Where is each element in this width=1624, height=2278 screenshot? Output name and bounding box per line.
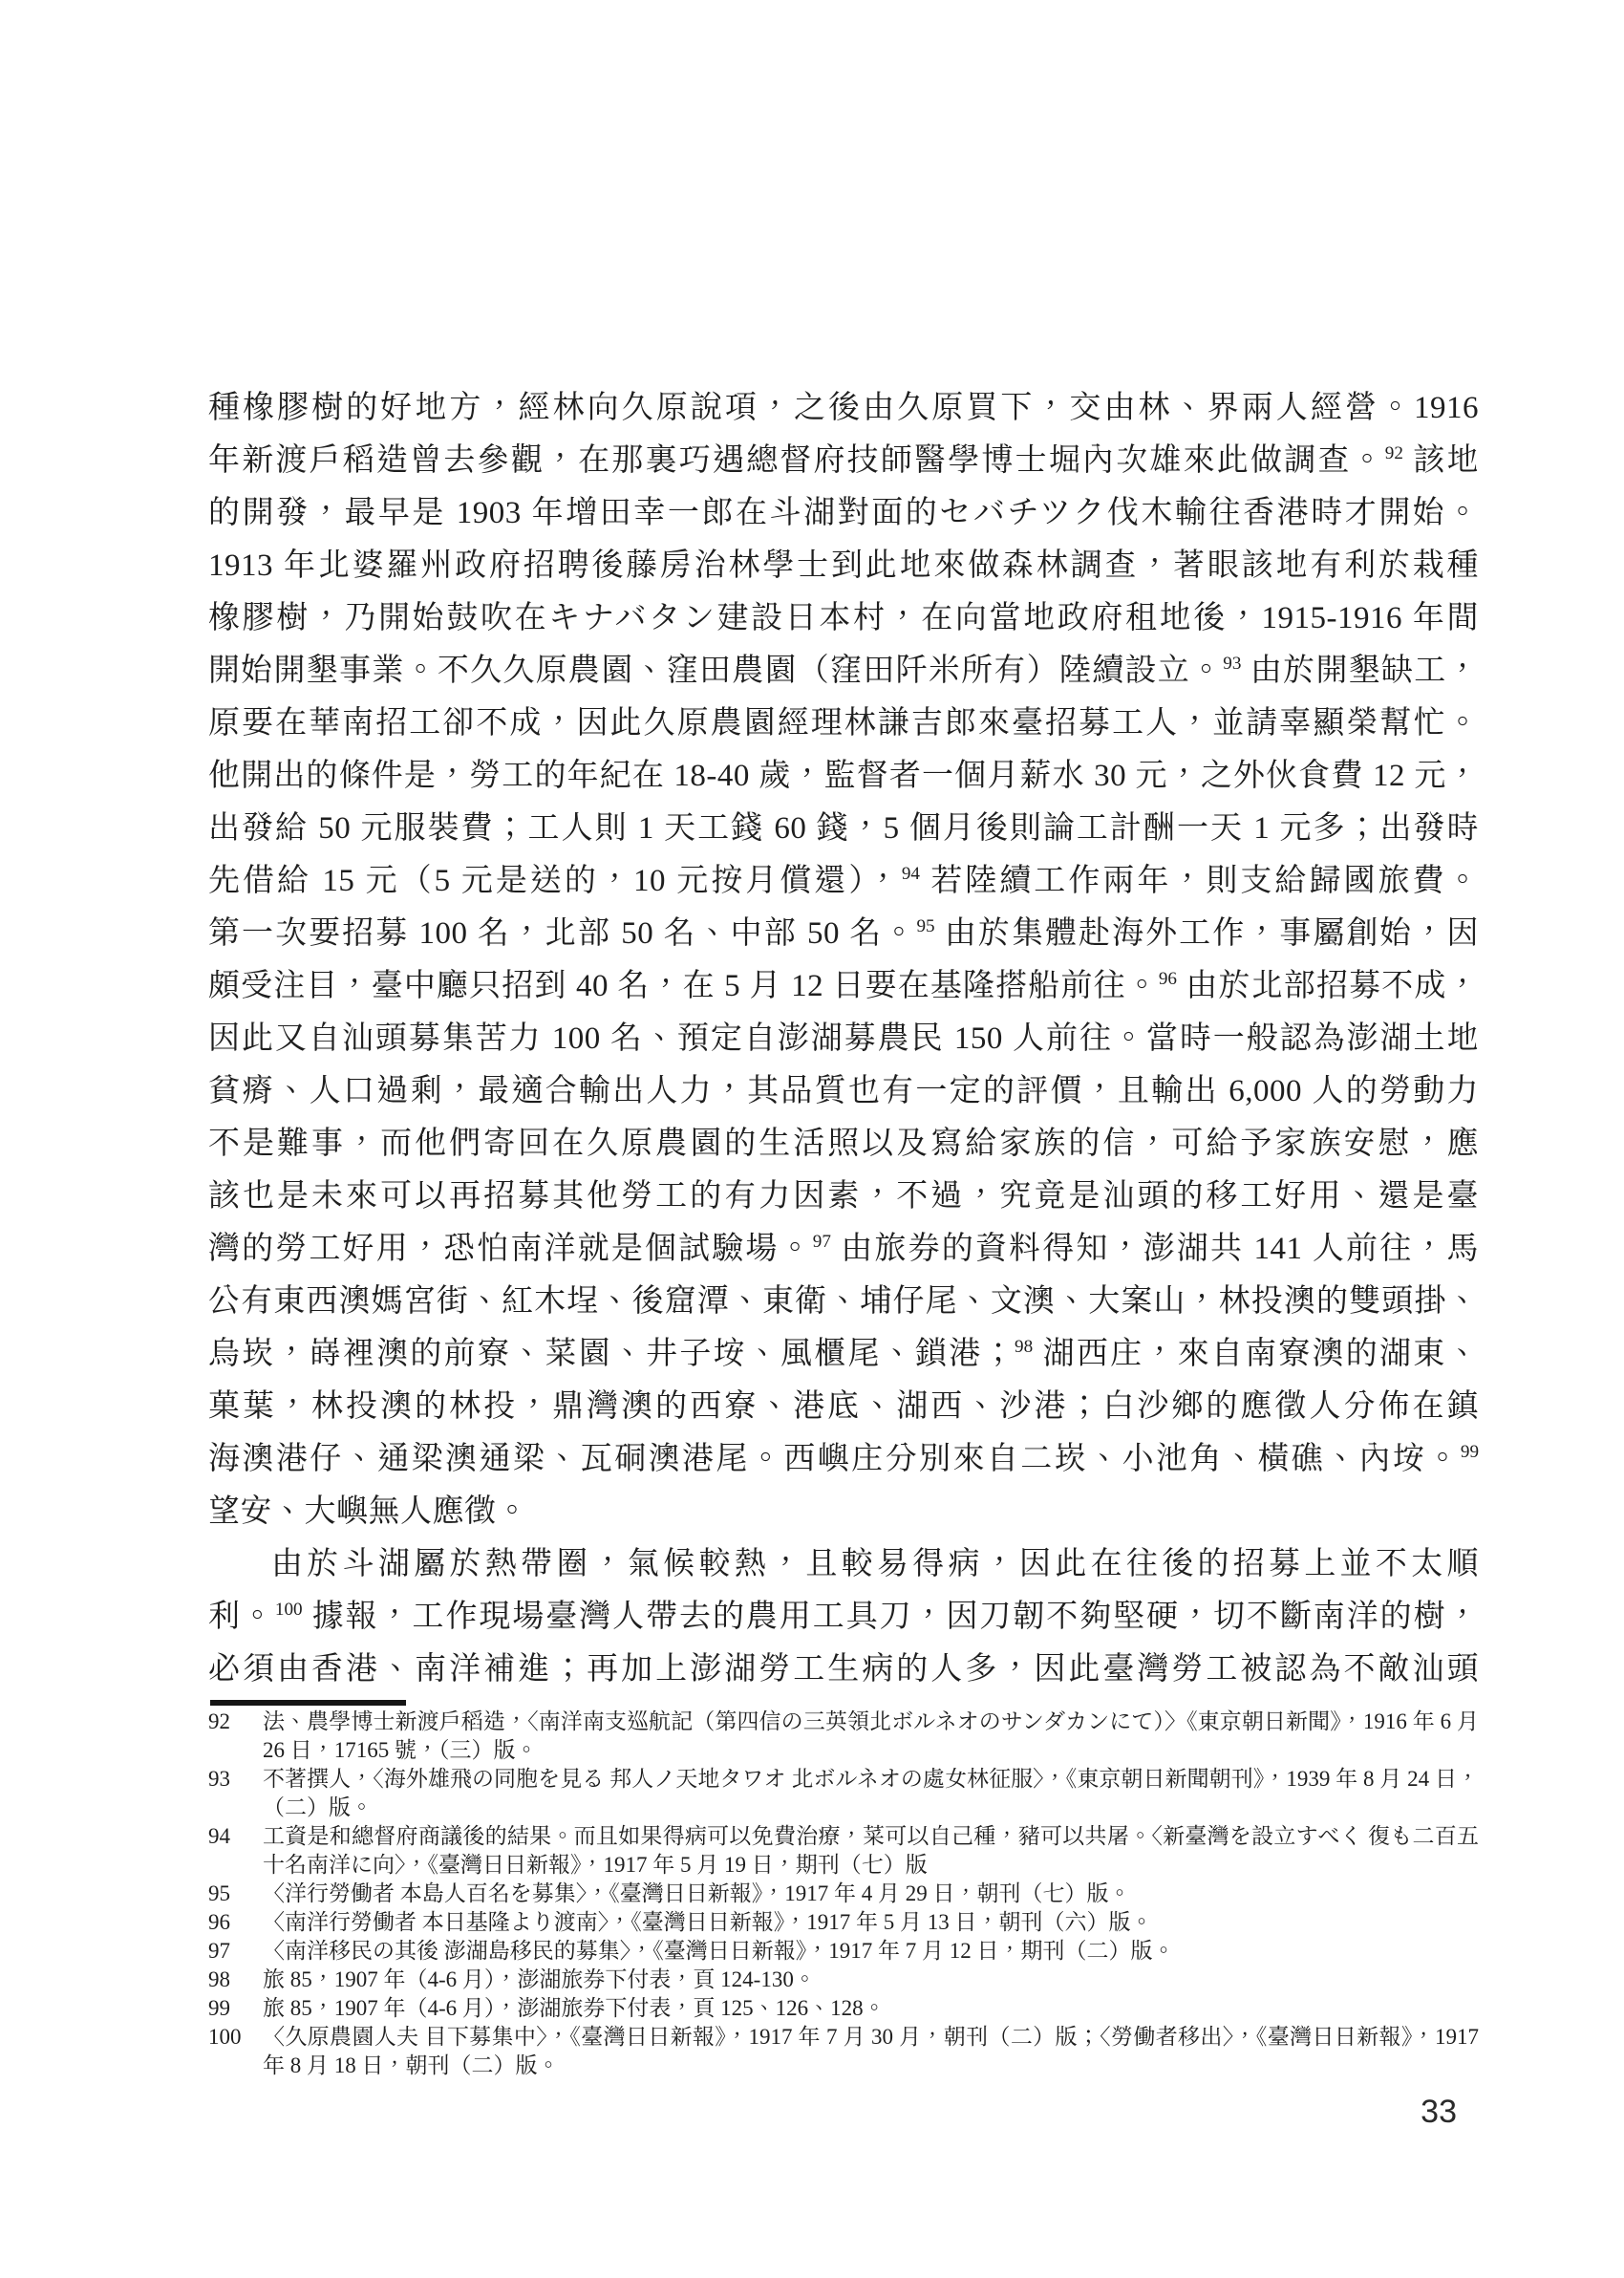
footnote-number: 97 bbox=[208, 1937, 256, 1966]
footnote-number: 92 bbox=[208, 1708, 256, 1736]
footnotes: 92法、農學博士新渡戶稻造，〈南洋南支巡航記（第四信の三英領北ボルネオのサンダカ… bbox=[208, 1708, 1479, 2080]
footnote-separator bbox=[210, 1700, 406, 1706]
text-line: 的開發，最早是 1903 年增田幸一郎在斗湖對面的セバチツク伐木輸往香港時才開始… bbox=[208, 487, 1479, 540]
text-line: 1913 年北婆羅州政府招聘後藤房治林學士到此地來做森林調查，著眼該地有利於栽種 bbox=[208, 540, 1479, 592]
text-line: 因此又自汕頭募集苦力 100 名、預定自澎湖募農民 150 人前往。當時一般認為… bbox=[208, 1013, 1479, 1065]
footnote-item: 100〈久原農園人夫 目下募集中〉，《臺灣日日新報》，1917 年 7 月 30… bbox=[208, 2023, 1479, 2080]
footnote-reference: 96 bbox=[1159, 969, 1177, 989]
text-line: 利。100 據報，工作現場臺灣人帶去的農用工具刀，因刀韌不夠堅硬，切不斷南洋的樹… bbox=[208, 1591, 1479, 1644]
footnote-reference: 99 bbox=[1461, 1442, 1479, 1462]
footnote-item: 97〈南洋移民の其後 澎湖島移民的募集〉，《臺灣日日新報》，1917 年 7 月… bbox=[208, 1937, 1479, 1966]
footnote-reference: 98 bbox=[1015, 1337, 1033, 1357]
footnote-text: 工資是和總督府商議後的結果。而且如果得病可以免費治療，菜可以自己種，豬可以共屠。… bbox=[263, 1824, 1479, 1877]
footnote-text: 法、農學博士新渡戶稻造，〈南洋南支巡航記（第四信の三英領北ボルネオのサンダカンに… bbox=[263, 1709, 1479, 1762]
footnote-item: 92法、農學博士新渡戶稻造，〈南洋南支巡航記（第四信の三英領北ボルネオのサンダカ… bbox=[208, 1708, 1479, 1765]
text-line: 先借給 15 元（5 元是送的，10 元按月償還），94 若陸續工作兩年，則支給… bbox=[208, 855, 1479, 908]
footnote-text: 〈南洋行勞働者 本日基隆より渡南〉，《臺灣日日新報》，1917 年 5 月 13… bbox=[263, 1910, 1153, 1934]
text-line: 原要在華南招工卻不成，因此久原農園經理林謙吉郎來臺招募工人，並請辜顯榮幫忙。 bbox=[208, 698, 1479, 750]
text-line: 橡膠樹，乃開始鼓吹在キナバタン建設日本村，在向當地政府租地後，1915-1916… bbox=[208, 592, 1479, 645]
footnote-item: 99旅 85，1907 年（4-6 月），澎湖旅券下付表，頁 125、126、1… bbox=[208, 1994, 1479, 2023]
paragraph: 由於斗湖屬於熱帶圈，氣候較熱，且較易得病，因此在往後的招募上並不太順利。100 … bbox=[208, 1538, 1479, 1696]
footnote-text: 〈洋行勞働者 本島人百名を募集〉，《臺灣日日新報》，1917 年 4 月 29 … bbox=[263, 1881, 1131, 1905]
footnote-reference: 95 bbox=[916, 916, 934, 936]
footnote-item: 95〈洋行勞働者 本島人百名を募集〉，《臺灣日日新報》，1917 年 4 月 2… bbox=[208, 1880, 1479, 1908]
body-text: 種橡膠樹的好地方，經林向久原說項，之後由久原買下，交由林、界兩人經營。1916年… bbox=[208, 382, 1479, 1696]
text-line: 他開出的條件是，勞工的年紀在 18-40 歲，監督者一個月薪水 30 元，之外伙… bbox=[208, 750, 1479, 803]
text-line: 第一次要招募 100 名，北部 50 名、中部 50 名。95 由於集體赴海外工… bbox=[208, 908, 1479, 960]
footnote-item: 94工資是和總督府商議後的結果。而且如果得病可以免費治療，菜可以自己種，豬可以共… bbox=[208, 1822, 1479, 1880]
text-line: 必須由香港、南洋補進；再加上澎湖勞工生病的人多，因此臺灣勞工被認為不敵汕頭 bbox=[208, 1644, 1479, 1696]
text-line: 不是難事，而他們寄回在久原農園的生活照以及寫給家族的信，可給予家族安慰，應 bbox=[208, 1118, 1479, 1171]
text-line: 出發給 50 元服裝費；工人則 1 天工錢 60 錢，5 個月後則論工計酬一天 … bbox=[208, 803, 1479, 855]
text-line: 海澳港仔、通梁澳通梁、瓦硐澳港尾。西嶼庄分別來自二崁、小池角、橫礁、內垵。99 bbox=[208, 1433, 1479, 1486]
footnote-number: 96 bbox=[208, 1908, 256, 1937]
text-line: 望安、大嶼無人應徵。 bbox=[208, 1486, 1479, 1538]
text-line: 菓葉，林投澳的林投，鼎灣澳的西寮、港底、湖西、沙港；白沙鄉的應徵人分佈在鎮 bbox=[208, 1381, 1479, 1433]
footnote-item: 96〈南洋行勞働者 本日基隆より渡南〉，《臺灣日日新報》，1917 年 5 月 … bbox=[208, 1908, 1479, 1937]
footnote-reference: 100 bbox=[275, 1600, 303, 1620]
text-line: 由於斗湖屬於熱帶圈，氣候較熱，且較易得病，因此在往後的招募上並不太順 bbox=[208, 1538, 1479, 1591]
page-number: 33 bbox=[1421, 2095, 1457, 2129]
text-line: 種橡膠樹的好地方，經林向久原說項，之後由久原買下，交由林、界兩人經營。1916 bbox=[208, 382, 1479, 435]
footnote-text: 〈久原農園人夫 目下募集中〉，《臺灣日日新報》，1917 年 7 月 30 月，… bbox=[263, 2025, 1479, 2077]
footnote-number: 94 bbox=[208, 1822, 256, 1851]
footnote-number: 100 bbox=[208, 2023, 256, 2052]
footnote-text: 〈南洋移民の其後 澎湖島移民的募集〉，《臺灣日日新報》，1917 年 7 月 1… bbox=[263, 1939, 1175, 1963]
footnote-reference: 93 bbox=[1223, 654, 1241, 674]
text-line: 年新渡戶稻造曾去參觀，在那裏巧遇總督府技師醫學博士堀內次雄來此做調查。92 該地 bbox=[208, 435, 1479, 487]
footnote-reference: 97 bbox=[813, 1232, 831, 1252]
text-line: 烏崁，嵵裡澳的前寮、菜園、井子垵、風櫃尾、鎖港；98 湖西庄，來自南寮澳的湖東、 bbox=[208, 1328, 1479, 1381]
paragraph: 種橡膠樹的好地方，經林向久原說項，之後由久原買下，交由林、界兩人經營。1916年… bbox=[208, 382, 1479, 1538]
footnote-item: 98旅 85，1907 年（4-6 月），澎湖旅券下付表，頁 124-130。 bbox=[208, 1966, 1479, 1994]
text-line: 灣的勞工好用，恐怕南洋就是個試驗場。97 由旅券的資料得知，澎湖共 141 人前… bbox=[208, 1223, 1479, 1276]
footnote-text: 旅 85，1907 年（4-6 月），澎湖旅券下付表，頁 125、126、128… bbox=[263, 1996, 886, 2020]
text-line: 開始開墾事業。不久久原農園、窪田農園（窪田阡米所有）陸續設立。93 由於開墾缺工… bbox=[208, 645, 1479, 698]
footnote-number: 99 bbox=[208, 1994, 256, 2023]
footnote-reference: 94 bbox=[902, 864, 920, 884]
footnote-number: 95 bbox=[208, 1880, 256, 1908]
footnote-item: 93不著撰人，〈海外雄飛の同胞を見る 邦人ノ天地タワオ 北ボルネオの處女林征服〉… bbox=[208, 1765, 1479, 1822]
footnote-text: 旅 85，1907 年（4-6 月），澎湖旅券下付表，頁 124-130。 bbox=[263, 1967, 816, 1991]
footnote-number: 98 bbox=[208, 1966, 256, 1994]
text-line: 頗受注目，臺中廳只招到 40 名，在 5 月 12 日要在基隆搭船前往。96 由… bbox=[208, 960, 1479, 1013]
footnote-number: 93 bbox=[208, 1765, 256, 1794]
footnote-reference: 92 bbox=[1385, 443, 1403, 463]
footnote-text: 不著撰人，〈海外雄飛の同胞を見る 邦人ノ天地タワオ 北ボルネオの處女林征服〉，《… bbox=[263, 1767, 1479, 1819]
text-line: 公有東西澳媽宮街、紅木埕、後窟潭、東衛、埔仔尾、文澳、大案山，林投澳的雙頭掛、 bbox=[208, 1276, 1479, 1328]
text-line: 貧瘠、人口過剩，最適合輸出人力，其品質也有一定的評價，且輸出 6,000 人的勞… bbox=[208, 1065, 1479, 1118]
document-page: { "page": { "number": "33" }, "colors": … bbox=[0, 0, 1624, 2278]
text-line: 該也是未來可以再招募其他勞工的有力因素，不過，究竟是汕頭的移工好用、還是臺 bbox=[208, 1171, 1479, 1223]
